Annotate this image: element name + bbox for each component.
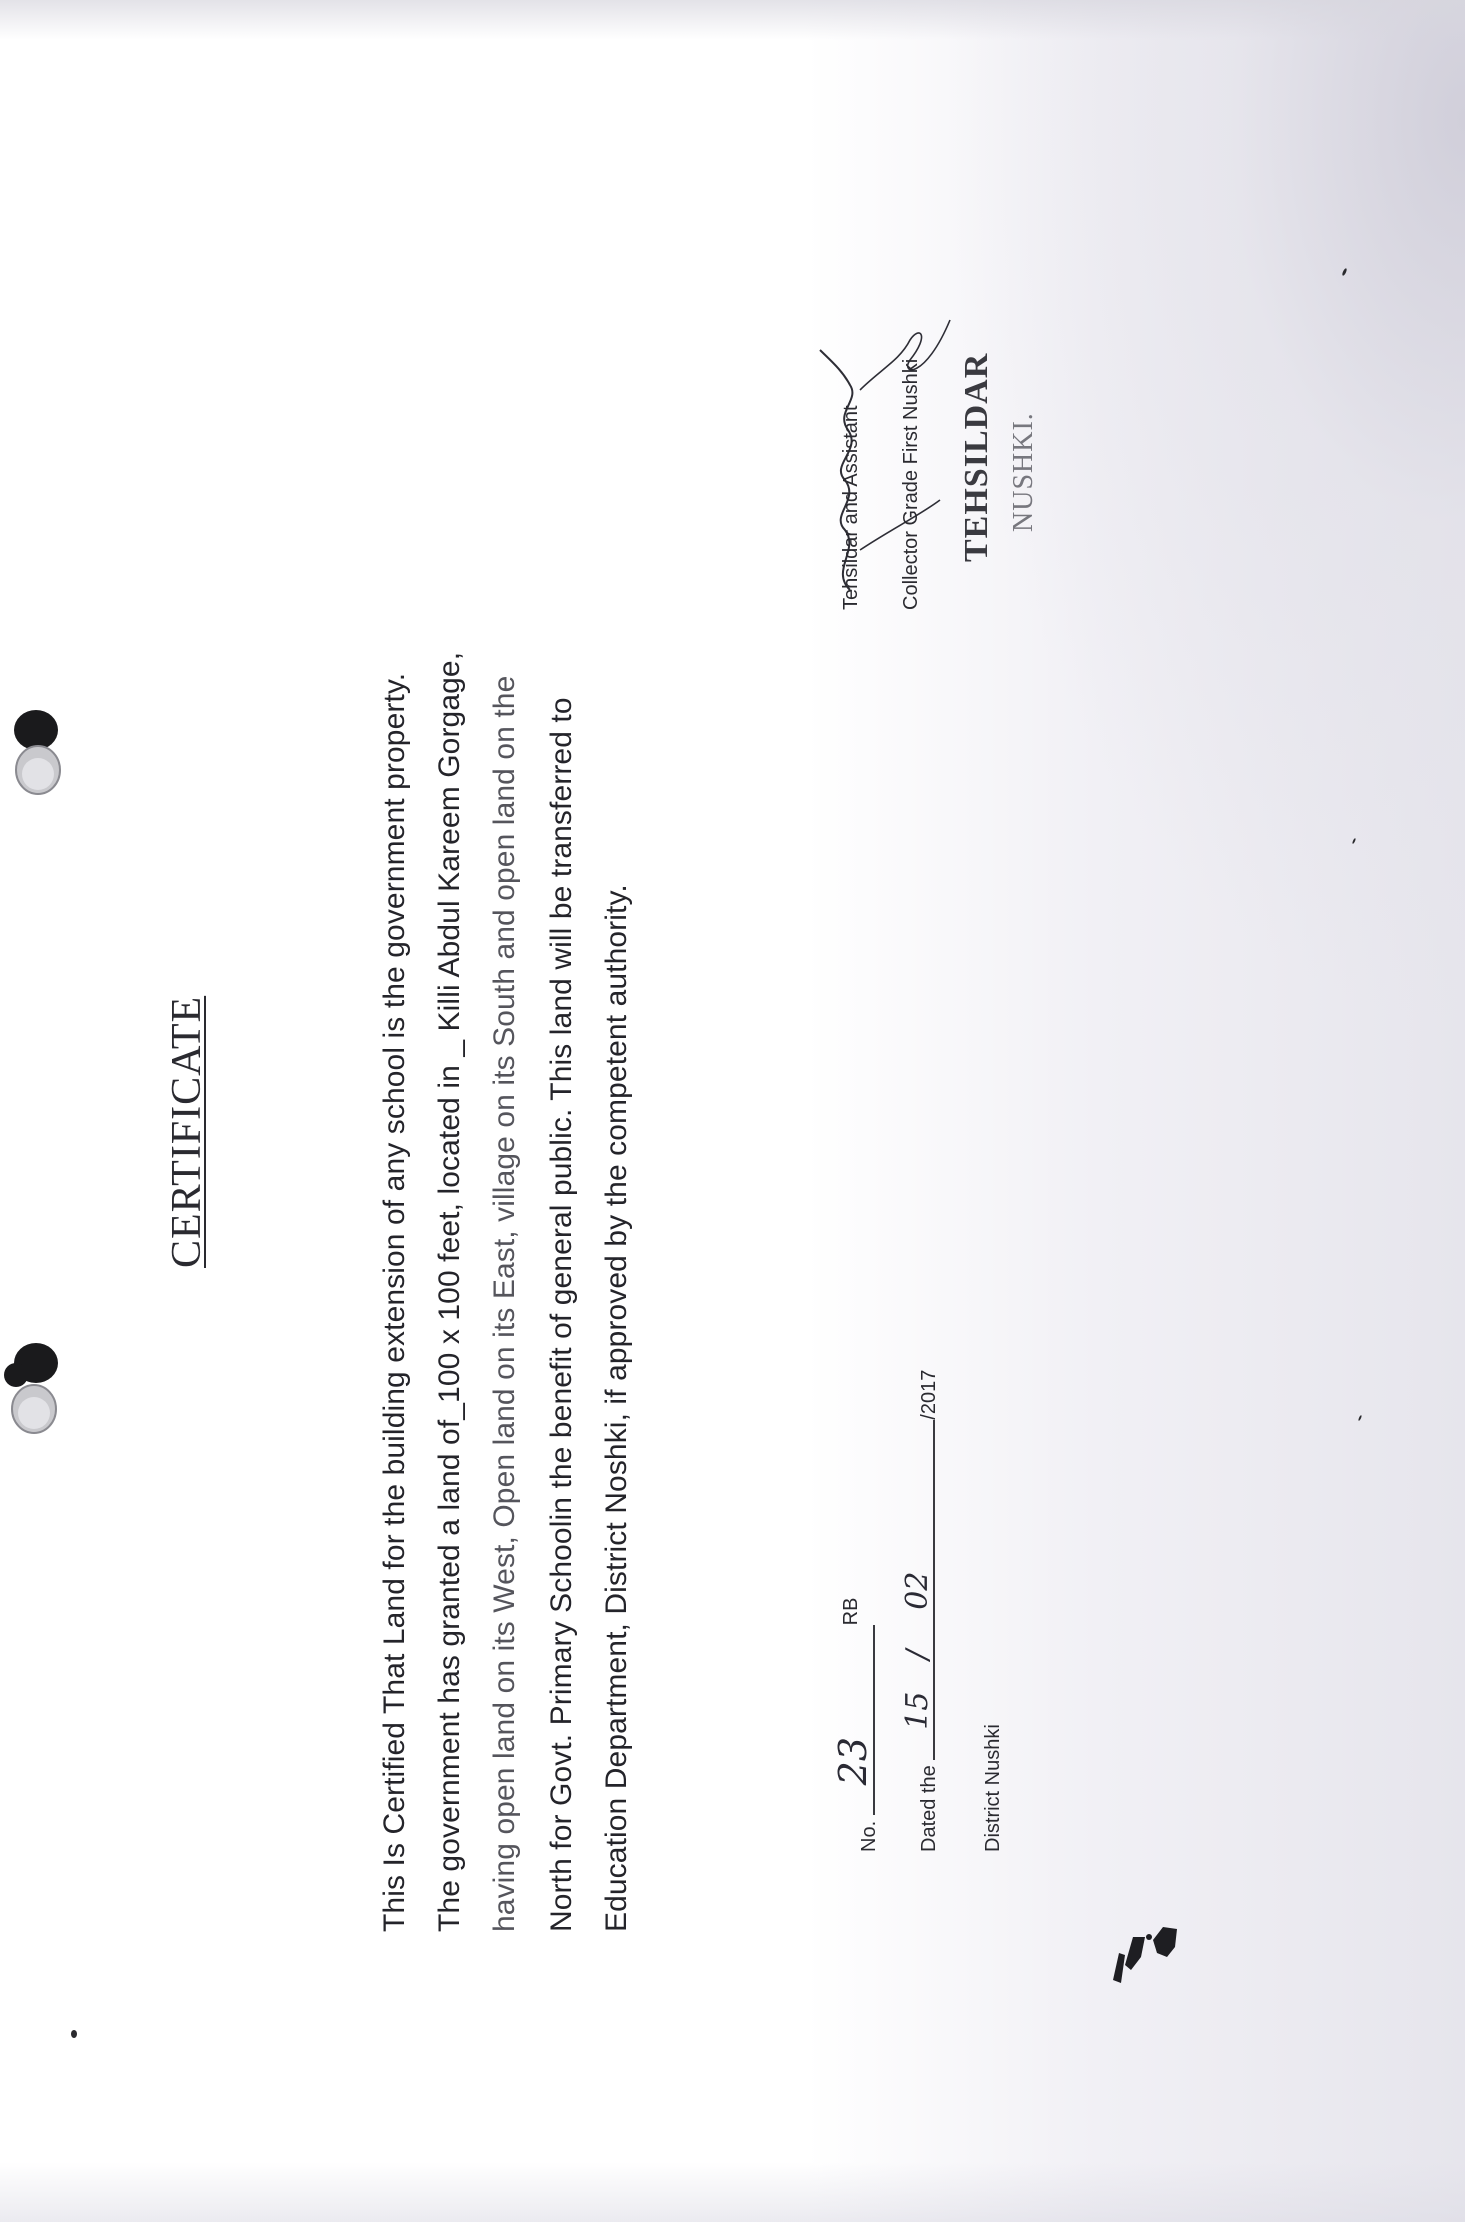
ink-smudge-icon [1105, 1925, 1195, 2005]
district-label: District Nushki [982, 1724, 1005, 1852]
date-field: 15 / 02 [933, 1420, 935, 1760]
dated-row: Dated the 15 / 02 /2017 [918, 1370, 941, 1852]
body-line-2: The government has granted a land of_100… [433, 652, 467, 1932]
reference-number-value: 23 [831, 1737, 875, 1785]
date-month: 02 [900, 1572, 935, 1610]
date-day: 15 [900, 1692, 935, 1730]
scan-speck [1341, 268, 1347, 277]
date-year: /2017 [918, 1370, 940, 1420]
reference-number-row: No. 23 RB [858, 1598, 881, 1852]
certificate-title: CERTIFICATE [163, 996, 211, 1268]
signature-icon [790, 300, 960, 620]
date-separator: / [900, 1650, 935, 1660]
no-label: No. [858, 1821, 880, 1852]
scan-shadow-top [0, 0, 1465, 40]
reference-number-field: 23 [873, 1625, 875, 1815]
stamp-nushki: NUSHKI. [1008, 412, 1040, 532]
scan-speck [1358, 1415, 1362, 1421]
body-line-1: This Is Certified That Land for the buil… [378, 673, 412, 1932]
signatory-line-2: Collector Grade First Nushki [900, 359, 923, 610]
stamp-tehsildar: TEHSILDAR [958, 353, 996, 562]
scan-speck [71, 2030, 77, 2038]
body-line-5: Education Department, District Noshki, i… [600, 884, 634, 1932]
punch-hole-icon [8, 700, 68, 810]
punch-hole-icon [2, 1335, 68, 1445]
body-line-4: North for Govt. Primary Schoolin the ben… [545, 697, 579, 1932]
scan-shadow-bottom [0, 2162, 1465, 2222]
scan-speck [1352, 838, 1356, 844]
signatory-line-1: Tehsildar and Assistant [840, 405, 863, 610]
dated-label: Dated the [918, 1765, 940, 1852]
scanned-page: CERTIFICATE This Is Certified That Land … [0, 0, 1465, 2222]
reference-suffix: RB [840, 1598, 862, 1626]
body-line-3: having open land on its West, Open land … [488, 676, 522, 1932]
